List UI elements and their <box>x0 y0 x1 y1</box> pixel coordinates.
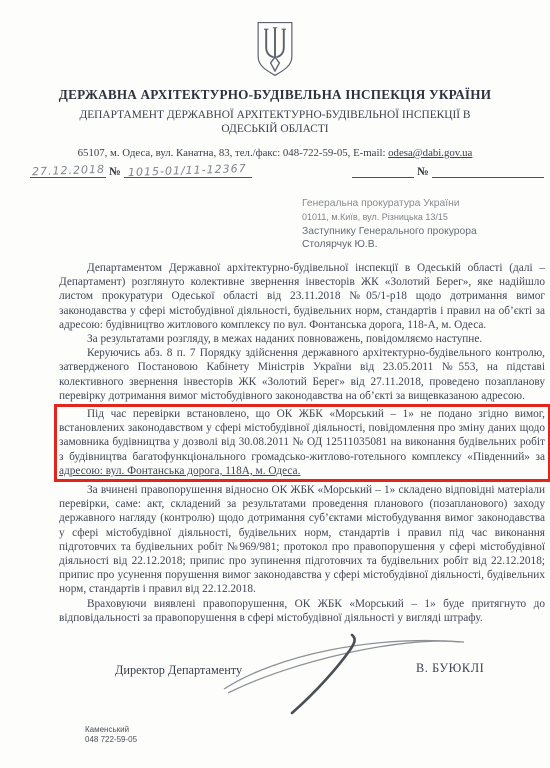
letter-body: Департаментом Державної архітектурно-буд… <box>59 261 545 625</box>
number-sign: № <box>109 166 121 178</box>
recipient-name: Столярчук Ю.В. <box>302 238 537 251</box>
outgoing-ref: 27.12.2018 № 1015-01/11-12367 <box>30 164 252 178</box>
paragraph-materials: За вчинені правопорушення відносно ОК ЖБ… <box>59 483 545 597</box>
paragraph-violation: Під час перевірки встановлено, що ОК ЖБК… <box>59 407 545 478</box>
contact-address-line: 65107, м. Одеса, вул. Канатна, 83, тел./… <box>0 147 550 159</box>
signature-block: Директор Департаменту В. БУЮКЛІ <box>0 627 550 723</box>
postal-address: 65107, м. Одеса, вул. Канатна, 83, тел./… <box>78 147 389 159</box>
state-emblem-icon <box>0 20 550 80</box>
red-highlight-box: Під час перевірки встановлено, що ОК ЖБК… <box>54 404 550 482</box>
recipient-position: Заступнику Генерального прокурора <box>302 225 537 238</box>
executor-phone: 048 722-59-05 <box>85 735 550 745</box>
incoming-ref: № <box>352 164 544 178</box>
handwritten-date: 27.12.2018 <box>31 163 104 179</box>
blank-number-line <box>432 164 544 178</box>
executor-name: Каменський <box>85 725 550 735</box>
violation-text: Під час перевірки встановлено, що ОК ЖБК… <box>59 408 545 463</box>
org-name-heading: ДЕРЖАВНА АРХІТЕКТУРНО-БУДІВЕЛЬНА ІНСПЕКЦ… <box>0 87 550 103</box>
department-name-line1: ДЕПАРТАМЕНТ ДЕРЖАВНОЇ АРХІТЕКТУРНО-БУДІВ… <box>0 109 550 123</box>
handwritten-number: 1015-01/11-12367 <box>128 162 247 179</box>
paragraph-results: За результатами розгляду, в межах надани… <box>59 332 545 346</box>
blank-date-line <box>352 164 414 178</box>
recipient-address: 01011, м.Київ, вул. Різницька 13/15 <box>302 211 537 224</box>
recipient-block: Генеральна прокуратура України 01011, м.… <box>302 197 537 251</box>
violation-address-underlined: адресою: вул. Фонтанська дорога, 118А, м… <box>59 465 300 477</box>
paragraph-penalty: Враховуючи виявлені правопорушення, ОК Ж… <box>59 597 545 625</box>
signer-name: В. БУЮКЛІ <box>416 661 484 676</box>
reference-row: 27.12.2018 № 1015-01/11-12367 № <box>0 164 550 186</box>
email-address: odesa@dabi.gov.ua <box>388 147 472 159</box>
department-name: ДЕПАРТАМЕНТ ДЕРЖАВНОЇ АРХІТЕКТУРНО-БУДІВ… <box>0 109 550 136</box>
incoming-number-sign: № <box>417 166 429 178</box>
recipient-org: Генеральна прокуратура України <box>302 197 537 210</box>
executor-note: Каменський 048 722-59-05 <box>85 725 550 744</box>
scanned-letter-page: ДЕРЖАВНА АРХІТЕКТУРНО-БУДІВЕЛЬНА ІНСПЕКЦ… <box>0 0 550 768</box>
department-name-line2: ОДЕСЬКІЙ ОБЛАСТІ <box>0 123 550 137</box>
paragraph-legal-basis: Керуючись абз. 8 п. 7 Порядку здійснення… <box>59 346 545 403</box>
paragraph-intro: Департаментом Державної архітектурно-буд… <box>59 261 545 332</box>
